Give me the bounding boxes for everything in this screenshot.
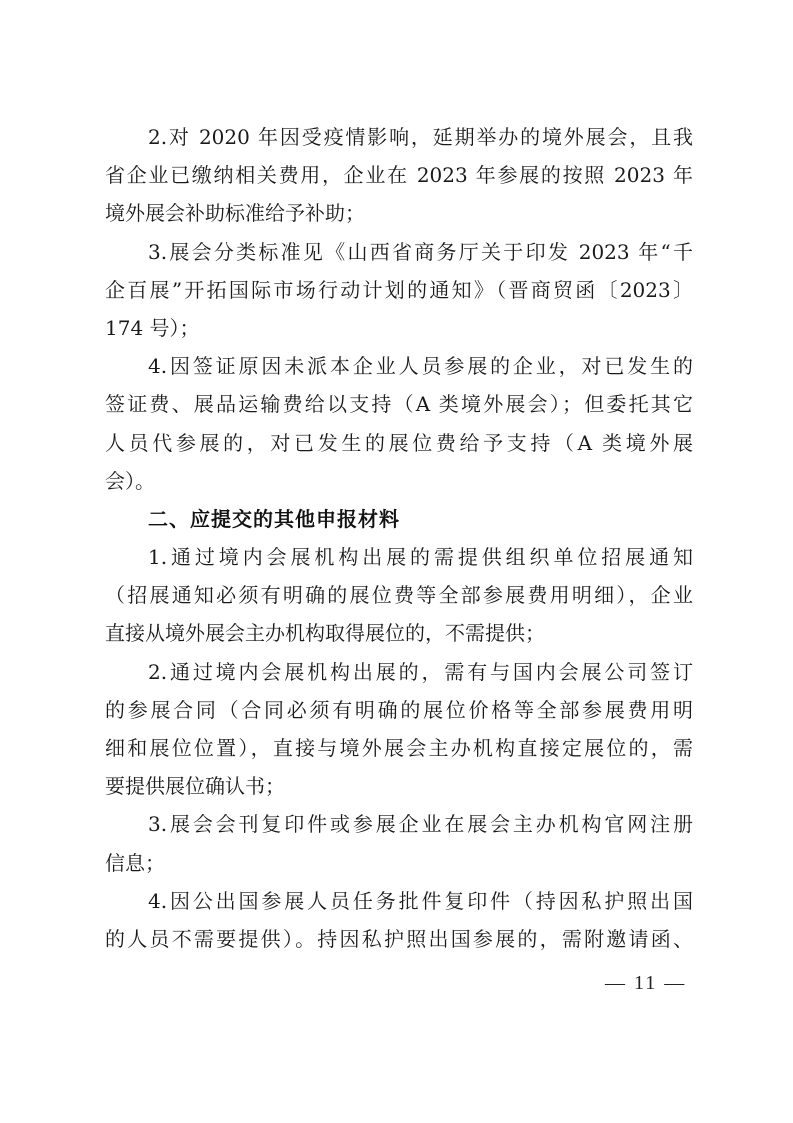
text-line: 174 号）； bbox=[105, 309, 693, 347]
paragraph-item-3: 3.展会分类标准见《山西省商务厅关于印发 2023 年“千 企百展”开拓国际市场… bbox=[105, 233, 693, 348]
text-line: （招展通知必须有明确的展位费等全部参展费用明细），企业 bbox=[105, 576, 693, 614]
document-page: 2.对 2020 年因受疫情影响，延期举办的境外展会，且我 省企业已缴纳相关费用… bbox=[0, 0, 793, 1123]
page-number: — 11 — bbox=[605, 972, 686, 995]
text-line: 1.通过境内会展机构出展的需提供组织单位招展通知 bbox=[105, 538, 693, 576]
section-heading: 二、应提交的其他申报材料 bbox=[105, 500, 693, 538]
paragraph-item-2: 2.对 2020 年因受疫情影响，延期举办的境外展会，且我 省企业已缴纳相关费用… bbox=[105, 118, 693, 233]
section-item-2: 2.通过境内会展机构出展的，需有与国内会展公司签订 的参展合同（合同必须有明确的… bbox=[105, 653, 693, 806]
text-line: 3.展会分类标准见《山西省商务厅关于印发 2023 年“千 bbox=[105, 233, 693, 271]
text-line: 人员代参展的，对已发生的展位费给予支持（A 类境外展 bbox=[105, 424, 693, 462]
text-line: 签证费、展品运输费给以支持（A 类境外展会）；但委托其它 bbox=[105, 385, 693, 423]
text-line: 2.通过境内会展机构出展的，需有与国内会展公司签订 bbox=[105, 653, 693, 691]
text-line: 4.因签证原因未派本企业人员参展的企业，对已发生的 bbox=[105, 347, 693, 385]
text-line: 要提供展位确认书； bbox=[105, 767, 693, 805]
text-line: 会）。 bbox=[105, 462, 693, 500]
text-line: 境外展会补助标准给予补助； bbox=[105, 194, 693, 232]
text-line: 省企业已缴纳相关费用，企业在 2023 年参展的按照 2023 年 bbox=[105, 156, 693, 194]
text-line: 直接从境外展会主办机构取得展位的，不需提供； bbox=[105, 614, 693, 652]
text-line: 3.展会会刊复印件或参展企业在展会主办机构官网注册 bbox=[105, 805, 693, 843]
text-line: 2.对 2020 年因受疫情影响，延期举办的境外展会，且我 bbox=[105, 118, 693, 156]
text-line: 企百展”开拓国际市场行动计划的通知》（晋商贸函〔2023〕 bbox=[105, 271, 693, 309]
text-line: 的人员不需要提供）。持因私护照出国参展的，需附邀请函、 bbox=[105, 920, 693, 958]
paragraph-item-4: 4.因签证原因未派本企业人员参展的企业，对已发生的 签证费、展品运输费给以支持（… bbox=[105, 347, 693, 500]
section-item-4: 4.因公出国参展人员任务批件复印件（持因私护照出国 的人员不需要提供）。持因私护… bbox=[105, 882, 693, 958]
page-body: 2.对 2020 年因受疫情影响，延期举办的境外展会，且我 省企业已缴纳相关费用… bbox=[105, 118, 693, 958]
text-line: 细和展位位置），直接与境外展会主办机构直接定展位的，需 bbox=[105, 729, 693, 767]
text-line: 信息； bbox=[105, 844, 693, 882]
section-item-3: 3.展会会刊复印件或参展企业在展会主办机构官网注册 信息； bbox=[105, 805, 693, 881]
section-item-1: 1.通过境内会展机构出展的需提供组织单位招展通知 （招展通知必须有明确的展位费等… bbox=[105, 538, 693, 653]
text-line: 4.因公出国参展人员任务批件复印件（持因私护照出国 bbox=[105, 882, 693, 920]
text-line: 的参展合同（合同必须有明确的展位价格等全部参展费用明 bbox=[105, 691, 693, 729]
